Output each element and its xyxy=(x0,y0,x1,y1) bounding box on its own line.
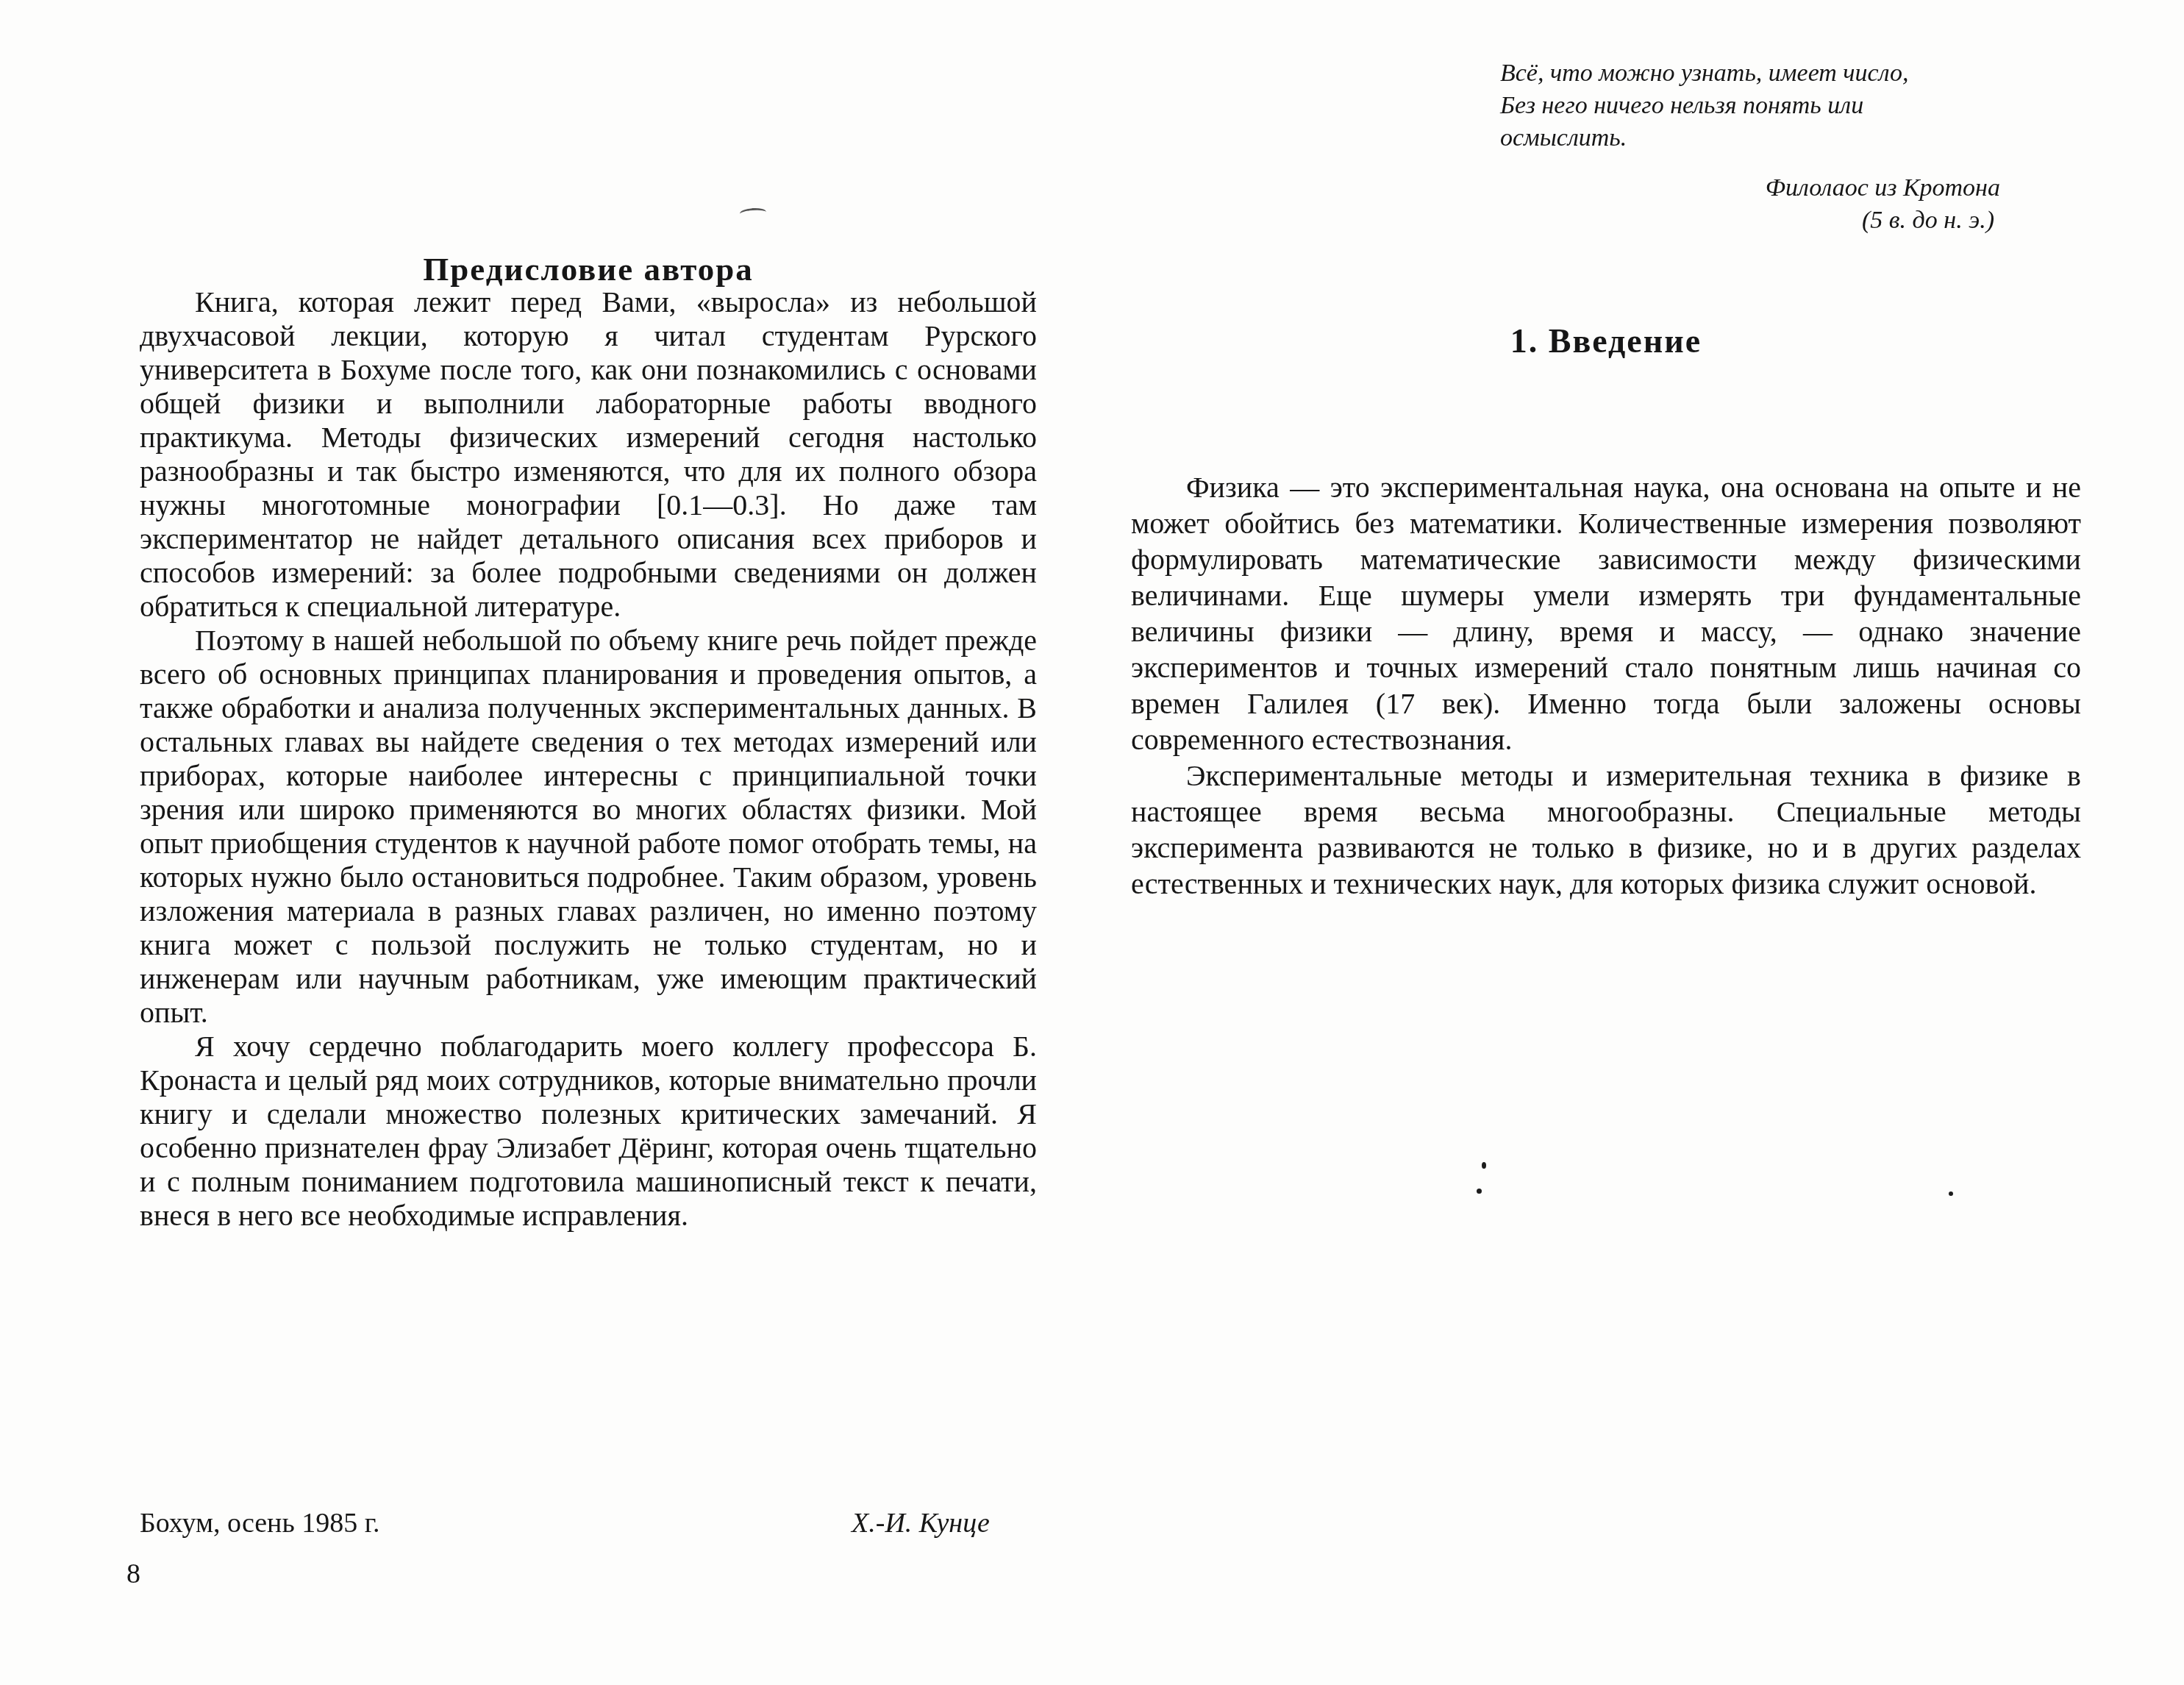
preface-paragraph: Книга, которая лежит перед Вами, «выросл… xyxy=(140,285,1037,624)
introduction-body: Физика — это экспериментальная наука, он… xyxy=(1131,469,2081,902)
epigraph-line: осмыслить. xyxy=(1500,122,2000,154)
chapter-heading: 1. Введение xyxy=(1131,321,2081,360)
scan-speck xyxy=(1477,1189,1482,1194)
epigraph-line: Всё, что можно узнать, имеет число, xyxy=(1500,57,2000,90)
introduction-paragraph: Физика — это экспериментальная наука, он… xyxy=(1131,469,2081,758)
scan-speck xyxy=(1482,1162,1486,1169)
epigraph-attribution: Филолаос из Кротона xyxy=(1500,172,2000,204)
preface-body: Книга, которая лежит перед Вами, «выросл… xyxy=(140,285,1037,1233)
scan-smudge xyxy=(740,207,767,218)
epigraph-line: Без него ничего нельзя понять или xyxy=(1500,90,2000,122)
book-spread: Предисловие автора Книга, которая лежит … xyxy=(0,0,2184,1685)
signature-row: Бохум, осень 1985 г. Х.-И. Кунце xyxy=(140,1506,1037,1540)
epigraph-attribution-dates: (5 в. до н. э.) xyxy=(1500,204,2000,237)
signature-author: Х.-И. Кунце xyxy=(852,1506,990,1540)
preface-title: Предисловие автора xyxy=(140,250,1037,288)
preface-paragraph: Поэтому в нашей небольшой по объему книг… xyxy=(140,624,1037,1030)
scan-speck xyxy=(1949,1191,1953,1196)
signature-place-date: Бохум, осень 1985 г. xyxy=(140,1506,380,1540)
page-number: 8 xyxy=(126,1558,140,1590)
preface-paragraph: Я хочу сердечно поблагодарить моего колл… xyxy=(140,1030,1037,1233)
introduction-paragraph: Экспериментальные методы и измерительная… xyxy=(1131,758,2081,902)
epigraph: Всё, что можно узнать, имеет число, Без … xyxy=(1500,57,2000,237)
